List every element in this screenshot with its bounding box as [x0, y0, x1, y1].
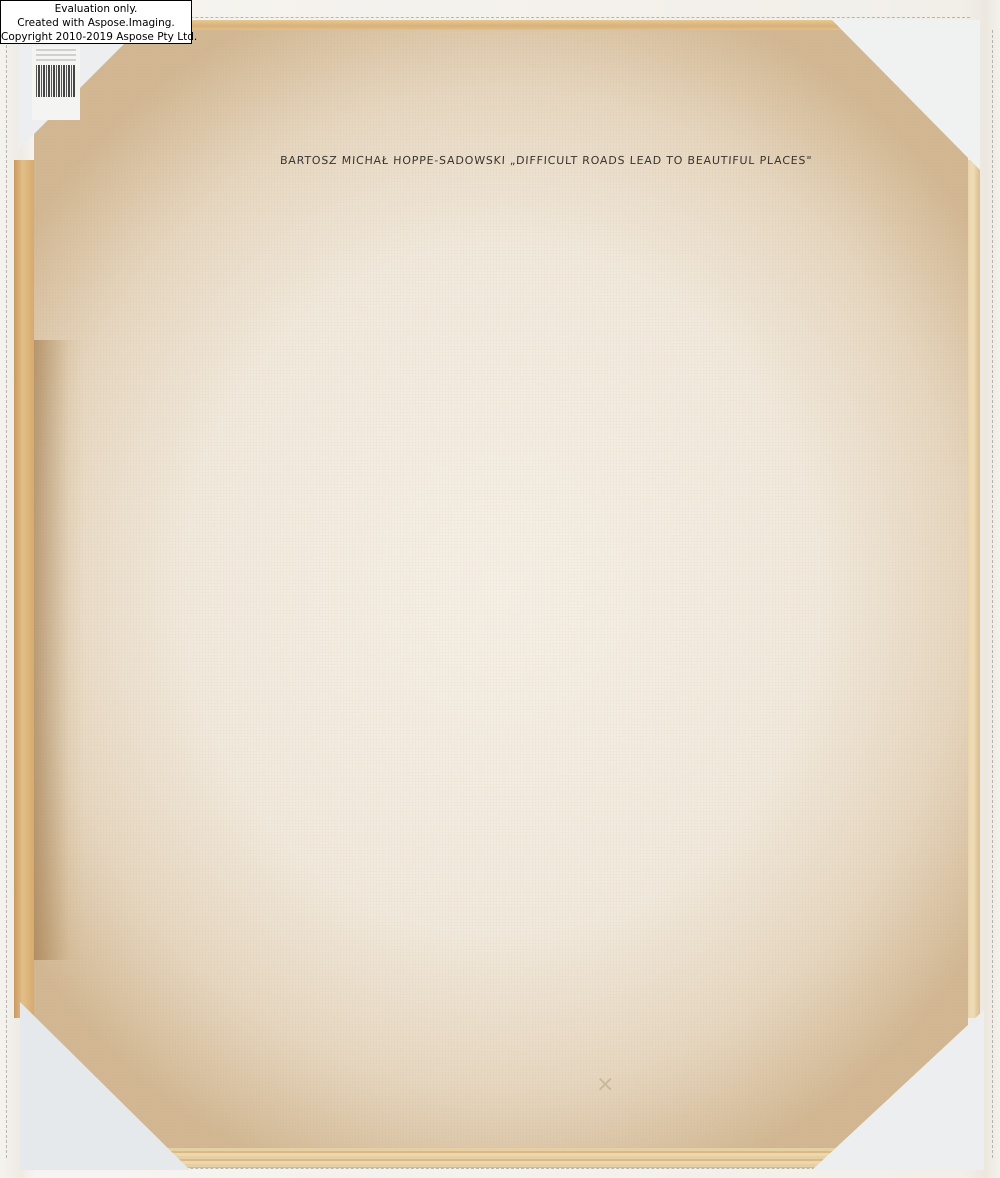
evaluation-watermark: Evaluation only. Created with Aspose.Ima…	[0, 0, 192, 44]
stretcher-bar-right	[966, 160, 980, 1018]
edge-shadow	[34, 340, 84, 960]
label-text-line	[36, 59, 76, 61]
watermark-line-1: Evaluation only.	[1, 2, 191, 16]
staple-line-right	[992, 30, 993, 1158]
thread-mark-icon: ⨯	[596, 1072, 614, 1097]
stretcher-bar-bottom	[160, 1148, 840, 1168]
canvas-back-linen	[34, 30, 968, 1148]
watermark-line-3: Copyright 2010-2019 Aspose Pty Ltd.	[1, 30, 191, 44]
barcode-label	[32, 46, 80, 120]
label-text-line	[36, 49, 76, 51]
handwritten-inscription: BARTOSZ MICHAŁ HOPPE-SADOWSKI „DIFFICULT…	[280, 154, 761, 167]
watermark-line-2: Created with Aspose.Imaging.	[1, 16, 191, 30]
staple-line-left	[6, 40, 7, 1158]
barcode-icon	[36, 65, 76, 97]
label-text-line	[36, 54, 76, 56]
stretcher-bar-left	[14, 160, 36, 1018]
